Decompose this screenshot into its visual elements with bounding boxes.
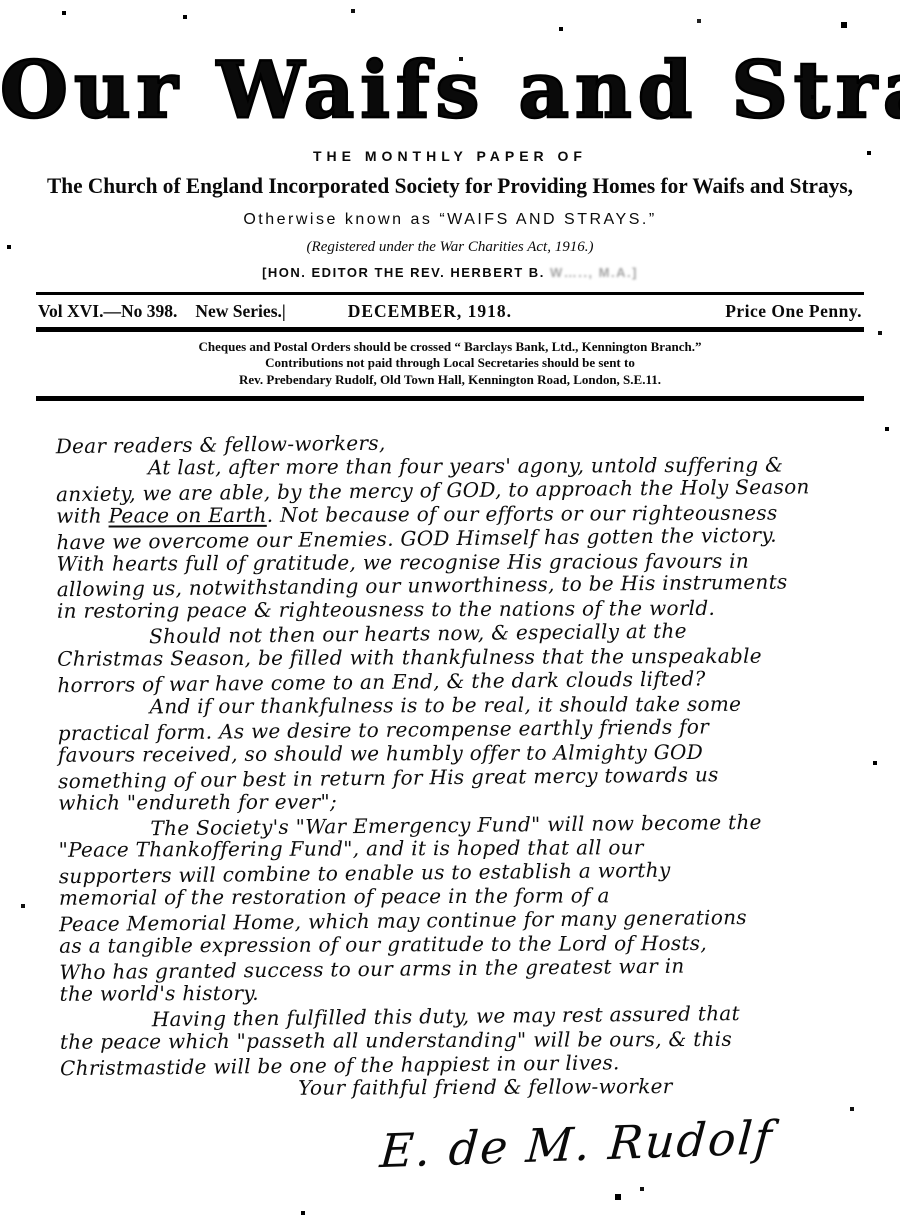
notice-line-cheques: Cheques and Postal Orders should be cros… xyxy=(0,339,900,356)
paper-subtitle: THE MONTHLY PAPER OF xyxy=(0,148,900,164)
otherwise-known-as-line: Otherwise known as “WAIFS AND STRAYS.” xyxy=(0,211,900,229)
issue-info-bar: Vol XVI.—No 398. New Series.| DECEMBER, … xyxy=(36,295,864,327)
payment-notice: Cheques and Postal Orders should be cros… xyxy=(0,332,900,397)
editor-line: [HON. EDITOR THE REV. HERBERT B. W….., M… xyxy=(0,265,900,280)
editor-line-smudged-text: W….., M.A.] xyxy=(550,265,638,280)
paper-title: Our Waifs and Strays xyxy=(0,50,900,132)
price-label: Price One Penny. xyxy=(725,301,862,322)
scanned-newspaper-page: Our Waifs and Strays THE MONTHLY PAPER O… xyxy=(0,0,900,1220)
volume-number: Vol XVI.—No 398. xyxy=(38,301,177,322)
series-label: New Series.| xyxy=(195,301,285,322)
editor-line-text: [HON. EDITOR THE REV. HERBERT B. xyxy=(262,265,545,280)
signature: E. de M. Rudolf xyxy=(378,1106,900,1178)
underlined-phrase: Peace on Earth xyxy=(108,503,266,528)
issue-date: DECEMBER, 1918. xyxy=(286,301,725,322)
letter-line: Your faithful friend & fellow-worker xyxy=(60,1075,862,1102)
masthead: Our Waifs and Strays THE MONTHLY PAPER O… xyxy=(0,0,900,280)
notice-line-contributions: Contributions not paid through Local Sec… xyxy=(0,355,900,372)
handwritten-letter: Dear readers & fellow-workers,At last, a… xyxy=(56,429,863,1104)
notice-line-address: Rev. Prebendary Rudolf, Old Town Hall, K… xyxy=(0,372,900,389)
society-name-line: The Church of England Incorporated Socie… xyxy=(14,173,887,199)
war-charities-registration-line: (Registered under the War Charities Act,… xyxy=(0,239,900,256)
double-rule-bottom xyxy=(36,396,864,401)
